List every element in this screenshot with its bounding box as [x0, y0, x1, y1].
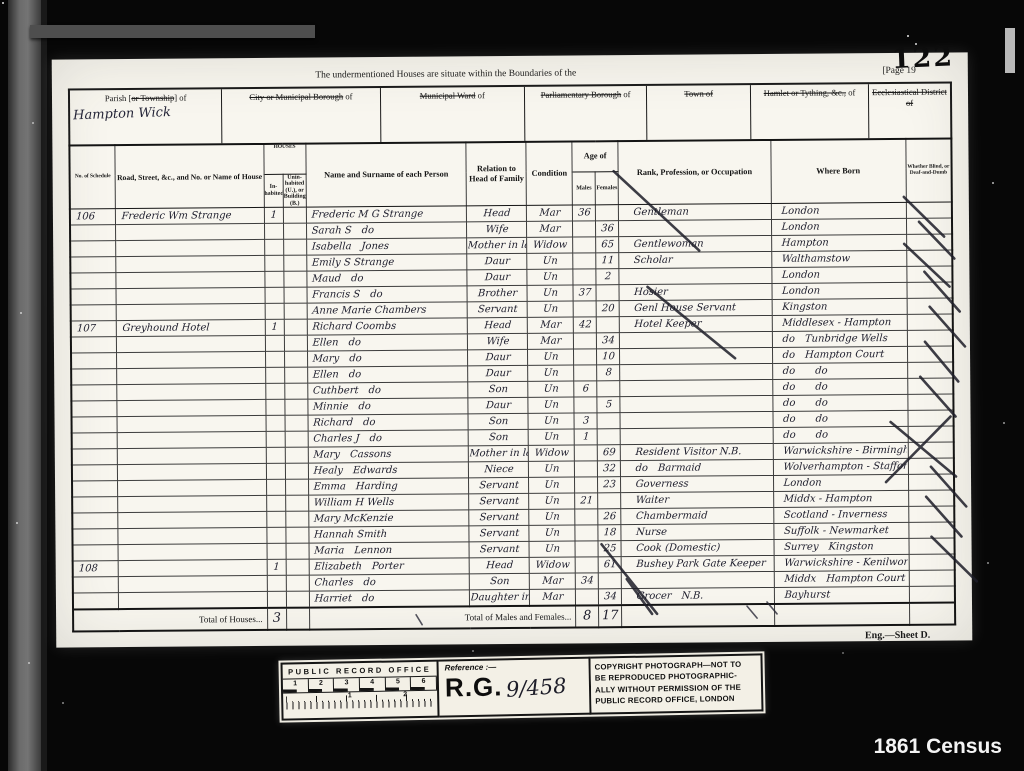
cell-occupation	[619, 332, 773, 349]
cell-name: Mary Cassons	[308, 446, 470, 463]
cell-name: Minnie do	[307, 398, 469, 415]
parish-value: Hampton Wick	[73, 103, 219, 124]
cell-age_f: 34	[598, 589, 622, 605]
cell-occupation	[619, 348, 773, 365]
cell-age_f: 65	[595, 237, 619, 253]
cell-name: William H Wells	[308, 494, 470, 511]
header-occupation: Rank, Profession, or Occupation	[618, 140, 771, 205]
cell-condition: Un	[529, 525, 576, 541]
cell-name: Hannah Smith	[308, 526, 470, 543]
cell-uninhabited	[286, 544, 310, 560]
cell-relation: Daur	[467, 270, 528, 286]
cell-house	[118, 544, 267, 561]
cell-infirmity	[906, 299, 953, 315]
cell-born: Warwickshire - Kenilworth	[773, 555, 909, 572]
cell-infirmity	[906, 283, 953, 299]
cell-born: do Tunbridge Wells	[772, 331, 908, 348]
cell-infirmity	[908, 570, 955, 586]
cell-age_m: 34	[575, 573, 599, 589]
film-edge-strip	[8, 0, 41, 771]
cell-infirmity	[908, 522, 955, 538]
cell-uninhabited	[284, 336, 308, 352]
cell-infirmity	[907, 426, 954, 442]
cell-age_f: 5	[597, 397, 621, 413]
cell-condition: Un	[528, 429, 575, 445]
pro-title: PUBLIC RECORD OFFICE	[283, 662, 437, 677]
cell-uninhabited	[283, 224, 307, 240]
cell-infirmity	[906, 315, 953, 331]
cell-age_f: 34	[596, 333, 620, 349]
cell-condition: Un	[527, 253, 574, 269]
cell-relation: Head	[466, 206, 527, 222]
cell-occupation	[620, 412, 774, 429]
cell-age_f: 20	[596, 301, 620, 317]
cell-schedule	[70, 241, 117, 257]
cell-schedule	[72, 545, 119, 561]
cell-inhabited	[266, 464, 286, 480]
cell-born: do do	[772, 395, 908, 412]
cell-house	[117, 448, 266, 465]
cell-age_f: 11	[595, 253, 619, 269]
cell-age_f	[598, 573, 622, 589]
cell-uninhabited	[284, 304, 308, 320]
cell-uninhabited	[284, 352, 308, 368]
cell-occupation	[619, 380, 773, 397]
cell-age_f	[597, 429, 621, 445]
cell-inhabited: 1	[263, 208, 283, 224]
cell-uninhabited	[285, 496, 309, 512]
cell-age_f	[596, 381, 620, 397]
cell-infirmity	[908, 538, 955, 554]
cell-condition: Un	[527, 349, 574, 365]
cell-uninhabited	[284, 368, 308, 384]
cell-age_f: 2	[596, 269, 620, 285]
cell-inhabited	[265, 432, 285, 448]
cell-uninhabited	[285, 480, 309, 496]
cell-born: London	[771, 203, 907, 220]
cell-schedule	[70, 257, 117, 273]
cell-infirmity	[907, 442, 954, 458]
cell-relation: Son	[468, 382, 529, 398]
cell-born: Surrey Kingston	[773, 539, 909, 556]
cell-age_m	[574, 445, 598, 461]
cell-condition: Un	[528, 461, 575, 477]
cell-infirmity	[906, 251, 953, 267]
cell-born: Middx Hampton Court	[773, 571, 909, 588]
cell-uninhabited	[283, 256, 307, 272]
district-box-town: Town of	[647, 85, 751, 140]
cell-name: Charles J do	[308, 430, 470, 447]
district-box-parish: Parish [or Township] of Hampton Wick	[70, 89, 223, 144]
cell-schedule	[70, 273, 117, 289]
cell-house	[117, 384, 266, 401]
cell-occupation: Bushey Park Gate Keeper	[621, 556, 775, 573]
cell-born: Warwickshire - Birmingham	[772, 443, 908, 460]
cell-house	[118, 528, 267, 545]
district-box-ward: Municipal Ward of	[381, 87, 526, 142]
cell-condition: Un	[528, 477, 575, 493]
cell-house	[117, 464, 266, 481]
cell-born: do do	[772, 427, 908, 444]
pro-ruler-box: PUBLIC RECORD OFFICE 1 2 3 4 5 6 1 2	[280, 660, 439, 721]
cell-house	[116, 336, 265, 353]
cell-uninhabited	[285, 512, 309, 528]
cell-relation: Niece	[468, 462, 529, 478]
cell-age_f: 32	[597, 461, 621, 477]
cell-schedule: 106	[69, 209, 116, 225]
total-females-value: 17	[599, 605, 622, 627]
cell-uninhabited	[283, 272, 307, 288]
cell-relation: Son	[468, 430, 529, 446]
cell-age_m	[574, 461, 598, 477]
cell-house	[117, 368, 266, 385]
cell-infirmity	[907, 363, 954, 379]
cell-schedule	[72, 577, 119, 593]
cell-condition: Mar	[529, 589, 576, 605]
cell-relation: Servant	[469, 494, 530, 510]
cell-relation: Daughter in law	[469, 590, 530, 606]
cell-relation: Brother	[467, 286, 528, 302]
header-females: Females	[595, 171, 618, 205]
cell-occupation: Grocer N.B.	[621, 588, 775, 605]
cell-name: Francis S do	[306, 286, 468, 303]
cell-relation: Daur	[467, 350, 528, 366]
total-houses-label: Total of Houses...	[73, 608, 267, 632]
cell-age_m: 21	[574, 493, 598, 509]
cell-born: London	[771, 283, 907, 300]
cell-born: do Hampton Court	[772, 347, 908, 364]
cell-occupation	[618, 220, 772, 237]
cell-age_m: 6	[574, 381, 598, 397]
cell-inhabited	[266, 528, 286, 544]
cell-inhabited	[264, 272, 284, 288]
cell-house	[118, 560, 267, 577]
cell-occupation: Cook (Domestic)	[621, 540, 775, 557]
cell-name: Maud do	[306, 270, 468, 287]
cell-occupation: Nurse	[621, 524, 775, 541]
cell-occupation: Hotel Keeper	[619, 316, 773, 333]
district-boxes: Parish [or Township] of Hampton Wick Cit…	[68, 82, 952, 145]
cell-inhabited	[266, 512, 286, 528]
cell-born: Middlesex - Hampton	[771, 315, 907, 332]
header-relation: Relation to Head of Family	[466, 142, 526, 206]
census-table: No. of Schedule Road, Street, &c., and N…	[68, 138, 956, 633]
cell-born: London	[773, 475, 909, 492]
cell-condition: Widow	[528, 445, 575, 461]
cell-condition: Mar	[529, 573, 576, 589]
cell-occupation: Hosier	[619, 284, 773, 301]
cell-condition: Un	[528, 381, 575, 397]
cell-occupation: do Barmaid	[620, 460, 774, 477]
cell-relation: Son	[469, 574, 530, 590]
census-table-body: 106 Frederic Wm Strange 1 Frederic M G S…	[70, 203, 955, 610]
cell-relation: Mother in law	[467, 238, 528, 254]
cell-condition: Widow	[527, 237, 574, 253]
cell-condition: Mar	[527, 317, 574, 333]
cell-inhabited	[265, 384, 285, 400]
cell-house	[116, 352, 265, 369]
cell-inhabited	[264, 336, 284, 352]
cell-house	[117, 480, 266, 497]
page-ref: [Page 19	[882, 66, 916, 76]
cell-schedule	[72, 529, 119, 545]
cell-house	[116, 288, 265, 305]
cell-inhabited: 1	[266, 560, 286, 576]
cell-infirmity	[906, 267, 953, 283]
cell-schedule	[72, 481, 119, 497]
cell-age_m	[575, 557, 599, 573]
cell-relation: Head	[469, 558, 530, 574]
cell-house	[117, 432, 266, 449]
cell-age_f: 69	[597, 445, 621, 461]
cell-age_m	[573, 349, 597, 365]
cell-born: Hampton	[771, 235, 907, 252]
pro-label-strip: PUBLIC RECORD OFFICE 1 2 3 4 5 6 1 2 Ref…	[278, 651, 765, 722]
copyright-line: PUBLIC RECORD OFFICE, LONDON	[595, 692, 757, 706]
header-age: Age of	[572, 141, 618, 171]
cell-uninhabited	[284, 384, 308, 400]
cell-uninhabited	[285, 528, 309, 544]
cell-born: do do	[772, 379, 908, 396]
header-uninhabited: Unin-habited (U.), or Building (B.)	[283, 174, 306, 208]
cell-schedule	[71, 465, 118, 481]
cell-infirmity	[907, 394, 954, 410]
cell-inhabited	[266, 544, 286, 560]
cell-house	[118, 576, 267, 593]
cell-house	[117, 416, 266, 433]
cell-uninhabited	[285, 416, 309, 432]
cell-name: Richard Coombs	[307, 318, 469, 335]
cell-inhabited	[264, 240, 284, 256]
header-condition: Condition	[526, 142, 572, 206]
film-edge-band	[30, 25, 315, 38]
cell-age_m	[575, 509, 599, 525]
cell-name: Anne Marie Chambers	[307, 302, 469, 319]
total-houses-value: 3	[267, 608, 287, 630]
cell-condition: Un	[528, 413, 575, 429]
cell-uninhabited	[283, 208, 307, 224]
reference-box: Reference :— R.G. 9/458	[438, 657, 591, 718]
cell-inhabited	[266, 496, 286, 512]
cell-age_f: 26	[597, 509, 621, 525]
cell-age_m	[573, 365, 597, 381]
cell-schedule	[71, 353, 118, 369]
cell-occupation	[621, 572, 775, 589]
cell-age_f	[596, 317, 620, 333]
cell-born: Suffolk - Newmarket	[773, 523, 909, 540]
cell-condition: Un	[528, 397, 575, 413]
cell-relation: Servant	[468, 478, 529, 494]
cell-uninhabited	[285, 432, 309, 448]
reference-value: 9/458	[506, 674, 568, 702]
cell-occupation	[618, 268, 772, 285]
cell-uninhabited	[284, 320, 308, 336]
cell-age_f	[597, 493, 621, 509]
cell-occupation: Governess	[620, 476, 774, 493]
cell-infirmity	[906, 203, 953, 219]
cell-condition: Un	[529, 541, 576, 557]
district-box-ecclesiastical: Ecclesiastical District of	[869, 84, 950, 139]
film-specks	[2, 2, 4, 4]
cell-infirmity	[909, 586, 956, 602]
cell-inhabited	[264, 304, 284, 320]
cell-infirmity	[907, 378, 954, 394]
cell-relation: Wife	[466, 222, 527, 238]
cell-name: Emily S Strange	[306, 254, 468, 271]
cell-occupation: Chambermaid	[620, 508, 774, 525]
cell-infirmity	[907, 331, 954, 347]
census-sheet: 122 The undermentioned Houses are situat…	[52, 52, 973, 647]
cell-born: Middx - Hampton	[773, 491, 909, 508]
cell-condition: Un	[528, 365, 575, 381]
cell-born: London	[771, 219, 907, 236]
cell-born: do do	[772, 411, 908, 428]
cell-infirmity	[906, 219, 953, 235]
cell-occupation: Waiter	[620, 492, 774, 509]
cell-name: Elizabeth Porter	[309, 558, 471, 575]
cell-relation: Mother in law	[468, 446, 529, 462]
cell-occupation: Scholar	[618, 252, 772, 269]
cell-name: Cuthbert do	[307, 382, 469, 399]
cell-relation: Wife	[467, 334, 528, 350]
cell-occupation: Gentlewoman	[618, 236, 772, 253]
cell-name: Maria Lennon	[308, 542, 470, 559]
cell-infirmity	[908, 490, 955, 506]
cell-house	[117, 400, 266, 417]
cell-schedule	[71, 449, 118, 465]
cell-house: Greyhound Hotel	[116, 320, 265, 337]
cell-born: Walthamstow	[771, 251, 907, 268]
cell-age_m	[572, 237, 596, 253]
cell-house: Frederic Wm Strange	[115, 208, 264, 225]
cell-infirmity	[908, 554, 955, 570]
reference-prefix: R.G.	[445, 671, 503, 703]
cell-schedule	[70, 305, 117, 321]
header-road: Road, Street, &c., and No. or Name of Ho…	[115, 144, 264, 209]
cell-inhabited	[266, 480, 286, 496]
cell-age_m: 42	[573, 317, 597, 333]
cell-uninhabited	[285, 464, 309, 480]
cell-occupation	[620, 428, 774, 445]
cell-age_m	[573, 253, 597, 269]
cell-name: Richard do	[307, 414, 469, 431]
cell-condition: Mar	[527, 333, 574, 349]
cell-relation: Daur	[467, 254, 528, 270]
cell-name: Mary McKenzie	[308, 510, 470, 527]
cell-inhabited	[267, 592, 287, 608]
cell-relation: Daur	[468, 398, 529, 414]
cell-relation: Servant	[469, 510, 530, 526]
cell-infirmity	[907, 347, 954, 363]
cell-schedule	[71, 433, 118, 449]
cell-uninhabited	[286, 560, 310, 576]
header-name: Name and Surname of each Person	[306, 142, 467, 207]
cell-born: Scotland - Inverness	[773, 507, 909, 524]
header-inhabited: In-habited	[264, 174, 284, 208]
cell-age_f: 18	[598, 525, 622, 541]
cell-age_m	[575, 525, 599, 541]
cell-occupation	[620, 396, 774, 413]
cell-schedule: 108	[72, 561, 119, 577]
cell-inhabited	[265, 416, 285, 432]
cell-infirmity	[907, 410, 954, 426]
cell-relation: Son	[468, 414, 529, 430]
cell-condition: Un	[529, 509, 576, 525]
header-males: Males	[572, 171, 595, 205]
cell-condition: Un	[527, 301, 574, 317]
cell-infirmity	[906, 235, 953, 251]
cell-uninhabited	[286, 576, 310, 592]
cell-age_f	[595, 205, 619, 221]
cell-house	[116, 256, 265, 273]
cell-age_f: 23	[597, 477, 621, 493]
cell-born: London	[771, 267, 907, 284]
copyright-box: COPYRIGHT PHOTOGRAPH—NOT TO BE REPRODUCE…	[590, 653, 763, 714]
cell-infirmity	[908, 506, 955, 522]
cell-inhabited	[265, 352, 285, 368]
cell-schedule	[70, 225, 117, 241]
header-infirmity: Whether Blind, or Deaf-and-Dumb	[905, 139, 951, 203]
cell-age_f: 8	[596, 365, 620, 381]
cell-infirmity	[908, 458, 955, 474]
census-form: The undermentioned Houses are situate wi…	[68, 65, 956, 648]
cell-age_f: 36	[595, 221, 619, 237]
pro-ruler-fine: 1 2	[283, 691, 437, 712]
cell-age_m: 37	[573, 285, 597, 301]
cell-age_f	[597, 413, 621, 429]
cell-infirmity	[908, 474, 955, 490]
film-edge-patch	[1005, 28, 1015, 73]
cell-condition: Un	[529, 493, 576, 509]
cell-house	[116, 240, 265, 257]
cell-name: Frederic M G Strange	[306, 206, 468, 223]
cell-schedule	[71, 417, 118, 433]
cell-inhabited	[265, 368, 285, 384]
cell-house	[118, 496, 267, 513]
cell-inhabited	[264, 256, 284, 272]
photo-caption: 1861 Census	[874, 735, 1002, 759]
cell-age_m	[575, 589, 599, 605]
cell-name: Sarah S do	[306, 222, 468, 239]
sheet-note: Eng.—Sheet D.	[72, 630, 930, 648]
cell-age_m	[573, 333, 597, 349]
cell-schedule	[71, 401, 118, 417]
cell-condition: Mar	[526, 221, 573, 237]
cell-schedule	[72, 497, 119, 513]
cell-age_m: 1	[574, 429, 598, 445]
microfilm-photo: 122 The undermentioned Houses are situat…	[0, 0, 1024, 771]
cell-schedule	[72, 513, 119, 529]
cell-uninhabited	[284, 400, 308, 416]
district-box-hamlet: Hamlet or Tything, &c., of	[751, 84, 869, 139]
cell-house	[116, 272, 265, 289]
cell-relation: Daur	[468, 366, 529, 382]
cell-inhabited	[264, 288, 284, 304]
cell-condition: Un	[527, 285, 574, 301]
cell-name: Charles do	[309, 574, 471, 591]
cell-age_f: 61	[598, 557, 622, 573]
cell-relation: Servant	[469, 526, 530, 542]
cell-condition: Un	[527, 269, 574, 285]
cell-occupation	[619, 364, 773, 381]
cell-born: do do	[772, 363, 908, 380]
cell-schedule	[71, 369, 118, 385]
header-born: Where Born	[771, 139, 906, 204]
header-houses: HOUSES	[263, 144, 306, 174]
cell-house	[118, 592, 267, 609]
cell-name: Harriet do	[309, 590, 471, 607]
cell-inhabited: 1	[264, 320, 284, 336]
